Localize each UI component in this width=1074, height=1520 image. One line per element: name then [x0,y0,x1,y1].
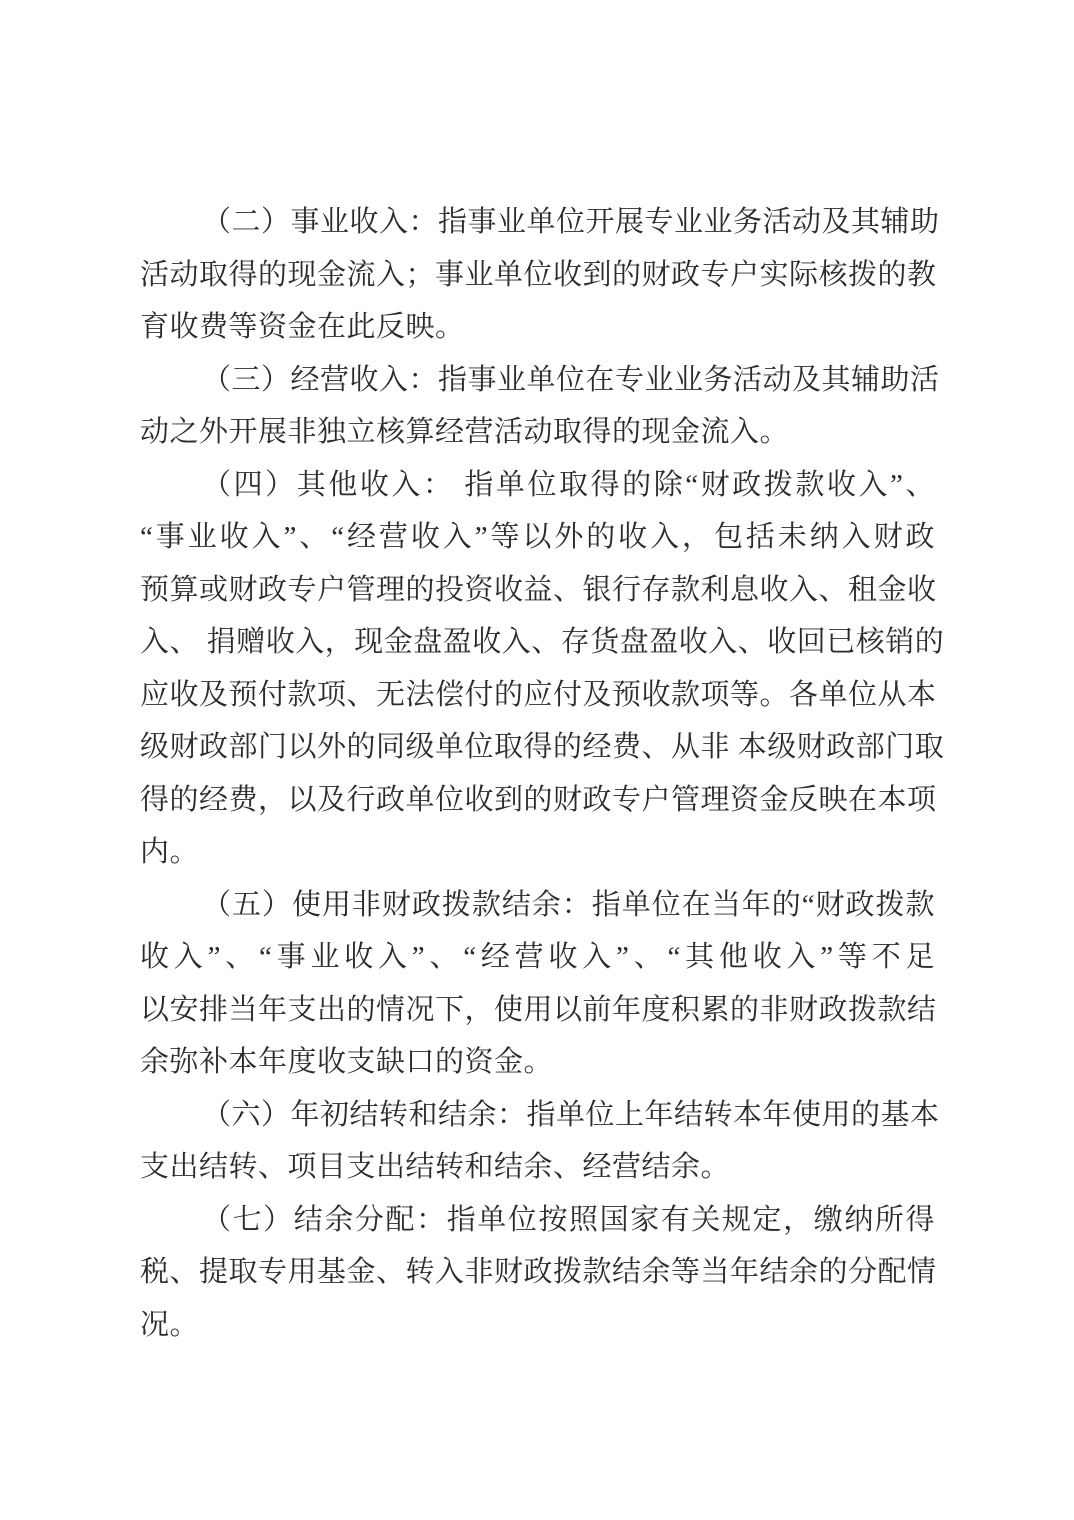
text-line: （二）事业收入：指事业单位开展专业业务活动及其辅助 [140,196,935,249]
text-line: 级财政部门以外的同级单位取得的经费、从非 本级财政部门取 [140,721,935,774]
paragraph-item-7: （七）结余分配：指单位按照国家有关规定，缴纳所得税、提取专用基金、转入非财政拨款… [140,1194,935,1352]
paragraph-item-6: （六）年初结转和结余：指单位上年结转本年使用的基本支出结转、项目支出结转和结余、… [140,1089,935,1194]
text-line: “事业收入”、“经营收入”等以外的收入，包括未纳入财政 [140,511,935,564]
text-line: 入、 捐赠收入，现金盘盈收入、存货盘盈收入、收回已核销的 [140,616,935,669]
document-page: （二）事业收入：指事业单位开展专业业务活动及其辅助活动取得的现金流入；事业单位收… [0,0,1074,1520]
text-line: 动之外开展非独立核算经营活动取得的现金流入。 [140,406,935,459]
text-line: 活动取得的现金流入；事业单位收到的财政专户实际核拨的教 [140,249,935,302]
text-line: 预算或财政专户管理的投资收益、银行存款利息收入、租金收 [140,564,935,617]
paragraph-item-3: （三）经营收入：指事业单位在专业业务活动及其辅助活动之外开展非独立核算经营活动取… [140,354,935,459]
text-line: 余弥补本年度收支缺口的资金。 [140,1036,935,1089]
paragraph-item-4: （四）其他收入： 指单位取得的除“财政拨款收入”、“事业收入”、“经营收入”等以… [140,459,935,879]
paragraph-item-5: （五）使用非财政拨款结余：指单位在当年的“财政拨款收入”、“事业收入”、“经营收… [140,879,935,1089]
text-line: 以安排当年支出的情况下，使用以前年度积累的非财政拨款结 [140,984,935,1037]
text-line: （六）年初结转和结余：指单位上年结转本年使用的基本 [140,1089,935,1142]
document-text-block: （二）事业收入：指事业单位开展专业业务活动及其辅助活动取得的现金流入；事业单位收… [140,196,935,1351]
text-line: 应收及预付款项、无法偿付的应付及预收款项等。各单位从本 [140,669,935,722]
text-line: 内。 [140,826,935,879]
text-line: 税、提取专用基金、转入非财政拨款结余等当年结余的分配情 [140,1246,935,1299]
text-line: 得的经费，以及行政单位收到的财政专户管理资金反映在本项 [140,774,935,827]
text-line: （五）使用非财政拨款结余：指单位在当年的“财政拨款 [140,879,935,932]
text-line: 育收费等资金在此反映。 [140,301,935,354]
text-line: 收入”、“事业收入”、“经营收入”、“其他收入”等不足 [140,931,935,984]
text-line: （四）其他收入： 指单位取得的除“财政拨款收入”、 [140,459,935,512]
paragraph-item-2: （二）事业收入：指事业单位开展专业业务活动及其辅助活动取得的现金流入；事业单位收… [140,196,935,354]
text-line: 况。 [140,1299,935,1352]
text-line: 支出结转、项目支出结转和结余、经营结余。 [140,1141,935,1194]
text-line: （三）经营收入：指事业单位在专业业务活动及其辅助活 [140,354,935,407]
text-line: （七）结余分配：指单位按照国家有关规定，缴纳所得 [140,1194,935,1247]
